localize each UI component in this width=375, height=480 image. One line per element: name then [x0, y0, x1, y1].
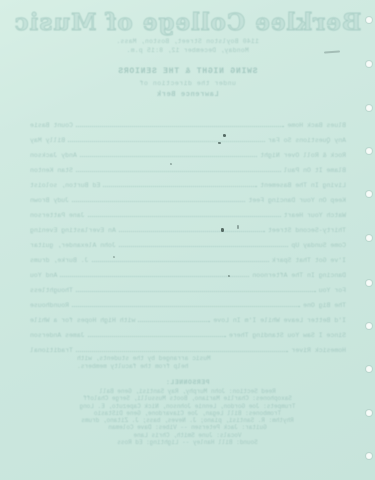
dotted-leader [68, 141, 265, 142]
program-row: Homesick RiverTraditional [30, 339, 346, 354]
program-row-credit: Traditional [30, 347, 73, 354]
personnel-line: Reed Section: John Murphy, Ray Santisi, … [0, 388, 375, 395]
personnel-list: Reed Section: John Murphy, Ray Santisi, … [0, 388, 375, 446]
program-row-title: Homesick River [291, 347, 346, 354]
scanned-page: Berklee College of Music 1140 Boylston S… [0, 0, 375, 480]
dotted-leader [88, 216, 281, 217]
personnel-line: Trombones: Bill Legan, Joe Ciavardone, G… [0, 410, 375, 417]
program-row-credit: And You [30, 272, 57, 279]
program-row-title: For You [319, 287, 346, 294]
personnel-line: Rhythm: R. Santisi, piano; J. Neves, bas… [0, 417, 375, 424]
dotted-leader [138, 321, 210, 322]
personnel-line: Guitar: Jack Petersen -- Vibes: Dave Col… [0, 424, 375, 431]
dotted-leader [88, 336, 226, 337]
ink-speck [228, 275, 230, 277]
program-row-title: Keep On Your Dancing Feet [248, 197, 346, 204]
program-row-title: Rock & Roll Over Night [260, 152, 346, 159]
arrangement-note-line1: Music arranged by the students, with [77, 355, 211, 363]
dotted-leader [119, 231, 265, 232]
program-row: Any Questions So FarBilly May [30, 129, 346, 144]
program-row-title: Come Sunday Up [291, 242, 346, 249]
program-row-title: The Big One [303, 302, 346, 309]
dotted-leader [76, 351, 288, 352]
letterhead-address-line2: Monday, December 12, 8:15 p.m. [0, 47, 375, 54]
personnel-line: Trumpets: Joe Gordon, Lennie Johnson, Ni… [0, 403, 375, 410]
dotted-leader [60, 276, 249, 277]
program-row-credit: James Anderson [30, 332, 85, 339]
ink-speck [221, 228, 224, 232]
program-subtitle: under the direction of [0, 80, 375, 87]
dotted-leader [72, 306, 300, 307]
program-row: Keep On Your Dancing FeetJudy Brown [30, 189, 346, 204]
program-row-title: Any Questions So Far [268, 137, 346, 144]
arrangement-note: Music arranged by the students, with hel… [77, 355, 211, 370]
personnel-heading: PERSONNEL: [0, 379, 375, 386]
program-row: The Big OneRoundhouse [30, 294, 346, 309]
dotted-leader [103, 186, 257, 187]
program-row-credit: Thoughtless [30, 287, 73, 294]
program-row: Watch Your HeartJane Patterson [30, 204, 346, 219]
program-row-title: Watch Your Heart [284, 212, 346, 219]
program-row-credit: Ed Burton, soloist [30, 182, 100, 189]
program-row-credit: An Everlasting Evening [30, 227, 116, 234]
program-row: Blues Back HomeCount Basie [30, 114, 346, 129]
ink-speck [237, 225, 239, 229]
program-row-title: Blues Back Home [287, 122, 346, 129]
letterhead-address-line1: 1140 Boylston Street, Boston, Mass. [0, 38, 375, 45]
program-row-credit: Andy Jackson [30, 152, 77, 159]
program-row-title: Since I Saw You Standing There [229, 332, 346, 339]
ink-speck [223, 134, 226, 137]
ink-speck [170, 163, 172, 165]
program-row-credit: Judy Brown [30, 197, 69, 204]
program-row: I'd Better Leave While I'm In Lovewith H… [30, 309, 346, 324]
dotted-leader [76, 171, 281, 172]
program-row: Thirty-Second StreetAn Everlasting Eveni… [30, 219, 346, 234]
program-row-credit: with High Hopes for a While [30, 317, 135, 324]
program-row-credit: Roundhouse [30, 302, 69, 309]
dotted-leader [119, 246, 289, 247]
program-row-title: I'd Better Leave While I'm In Love [213, 317, 346, 324]
personnel-line: Vocals: June Smith, Chris Lane [0, 432, 375, 439]
arrangement-note-line2: help from the faculty members. [77, 363, 211, 371]
program-row: For YouThoughtless [30, 279, 346, 294]
program-row-credit: Billy May [30, 137, 65, 144]
program-row: Come Sunday UpJohn Alexander, guitar [30, 234, 346, 249]
program-row: Since I Saw You Standing ThereJames Ande… [30, 324, 346, 339]
program-row-title: Living In The Basement [260, 182, 346, 189]
dotted-leader [76, 291, 316, 292]
program-row-title: Thirty-Second Street [268, 227, 346, 234]
ink-speck [113, 256, 115, 258]
personnel-line: Sound: Bill Hanley -- Lighting: Ed Ross [0, 439, 375, 446]
program-row-credit: Jane Patterson [30, 212, 85, 219]
program-row-credit: Count Basie [30, 122, 73, 129]
program-row: Blame It On PaulStan Kenton [30, 159, 346, 174]
program-conductor: Lawrence Berk [0, 91, 375, 99]
program-row-title: Dancing In The Afternoon [252, 272, 346, 279]
program-row-credit: Stan Kenton [30, 167, 73, 174]
program-row: Rock & Roll Over NightAndy Jackson [30, 144, 346, 159]
personnel-line: Saxophones: Charlie Mariano, Boots Mussu… [0, 395, 375, 402]
program-row: Dancing In The AfternoonAnd You [30, 264, 346, 279]
dotted-leader [80, 156, 257, 157]
bleed-through-layer: Berklee College of Music 1140 Boylston S… [0, 0, 375, 480]
program-row: I've Got That SparkJ. Burke, drums [30, 249, 346, 264]
dotted-leader [76, 126, 285, 127]
program-title: SWING NIGHT & THE SENIORS [0, 67, 375, 76]
ink-speck [218, 142, 221, 144]
letterhead-logo: Berklee College of Music [0, 9, 375, 36]
program-row-credit: J. Burke, drums [30, 257, 89, 264]
program-rows: Blues Back HomeCount BasieAny Questions … [30, 114, 346, 354]
dotted-leader [92, 261, 269, 262]
dotted-leader [72, 201, 245, 202]
program-row: Living In The BasementEd Burton, soloist [30, 174, 346, 189]
program-row-credit: John Alexander, guitar [30, 242, 116, 249]
program-row-title: I've Got That Spark [272, 257, 346, 264]
program-row-title: Blame It On Paul [284, 167, 346, 174]
